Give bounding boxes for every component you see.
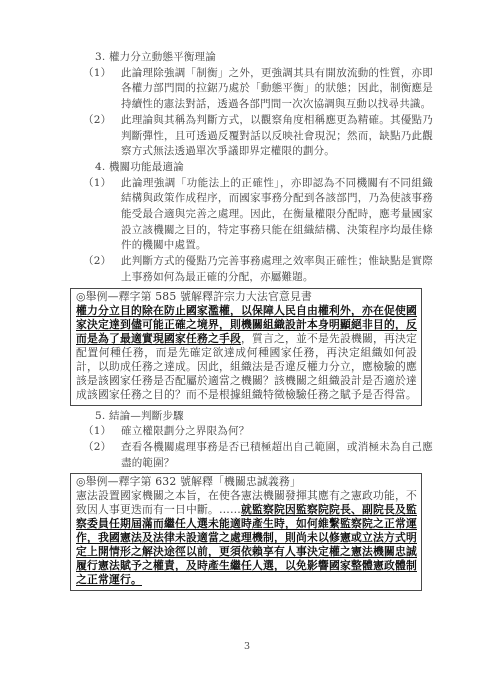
item-number-label: （2） <box>83 440 111 456</box>
item-number-label: （2） <box>83 254 111 270</box>
section-heading: 3. 權力分立動態平衡理論 <box>83 50 433 66</box>
item-text: 此判斷方式的優點乃完善事務處理之效率與正確性；惟缺點是實際上事務如何為最正確的分… <box>121 255 433 283</box>
example-box-text: 權力分立目的除在防止國家濫權，以保障人民自由權利外，亦在促使國家決定達到儘可能正… <box>76 304 417 402</box>
item-text: 此理論與其稱為判斷方式，以觀察角度相稱應更為精確。其優點乃判斷彈性，且可透過反覆… <box>121 114 433 157</box>
example-box-text: 憲法設置國家機關之本旨，在使各憲法機關發揮其應有之憲政功能，不致因人事更迭而有一… <box>76 489 417 587</box>
item-text: 確立權限劃分之界限為何？ <box>121 425 249 437</box>
item-text: 查看各機關處理事務是否已積極超出自己範圍，或消極未為自己應盡的範圍？ <box>121 441 433 469</box>
list-item: （2）此判斷方式的優點乃完善事務處理之效率與正確性；惟缺點是實際上事務如何為最正… <box>83 254 433 285</box>
document-page: 3. 權力分立動態平衡理論（1）此論理除強調「制衡」之外，更強調其具有開放流動的… <box>0 0 494 700</box>
list-item: （1）確立權限劃分之界限為何？ <box>83 424 433 440</box>
item-text: 此論理強調「功能法上的正確性」，亦即認為不同機關有不同組織結構與政策作成程序，而… <box>121 177 433 252</box>
item-text: 此論理除強調「制衡」之外，更強調其具有開放流動的性質，亦即各權力部門間的拉鋸乃處… <box>121 67 433 110</box>
example-box: ◎舉例—釋字第 632 號解釋「機關忠誠義務」憲法設置國家機關之本旨，在使各憲法… <box>70 473 422 591</box>
item-number-label: （1） <box>83 424 111 440</box>
document-body: 3. 權力分立動態平衡理論（1）此論理除強調「制衡」之外，更強調其具有開放流動的… <box>83 50 433 594</box>
section-heading: 5. 結論—判斷步驟 <box>83 409 433 425</box>
item-number-label: （1） <box>83 66 111 82</box>
item-number-label: （1） <box>83 176 111 192</box>
example-box-title: ◎舉例—釋字第 632 號解釋「機關忠誠義務」 <box>76 475 417 489</box>
list-item: （1）此論理除強調「制衡」之外，更強調其具有開放流動的性質，亦即各權力部門間的拉… <box>83 66 433 113</box>
list-item: （2）查看各機關處理事務是否已積極超出自己範圍，或消極未為自己應盡的範圍？ <box>83 440 433 471</box>
page-number: 3 <box>0 641 494 652</box>
list-item: （1）此論理強調「功能法上的正確性」，亦即認為不同機關有不同組織結構與政策作成程… <box>83 176 433 255</box>
example-box: ◎舉例—釋字第 585 號解釋許宗力大法官意見書權力分立目的除在防止國家濫權，以… <box>70 288 422 406</box>
example-box-title: ◎舉例—釋字第 585 號解釋許宗力大法官意見書 <box>76 290 417 304</box>
section-heading: 4. 機關功能最適論 <box>83 160 433 176</box>
item-number-label: （2） <box>83 113 111 129</box>
list-item: （2）此理論與其稱為判斷方式，以觀察角度相稱應更為精確。其優點乃判斷彈性，且可透… <box>83 113 433 160</box>
